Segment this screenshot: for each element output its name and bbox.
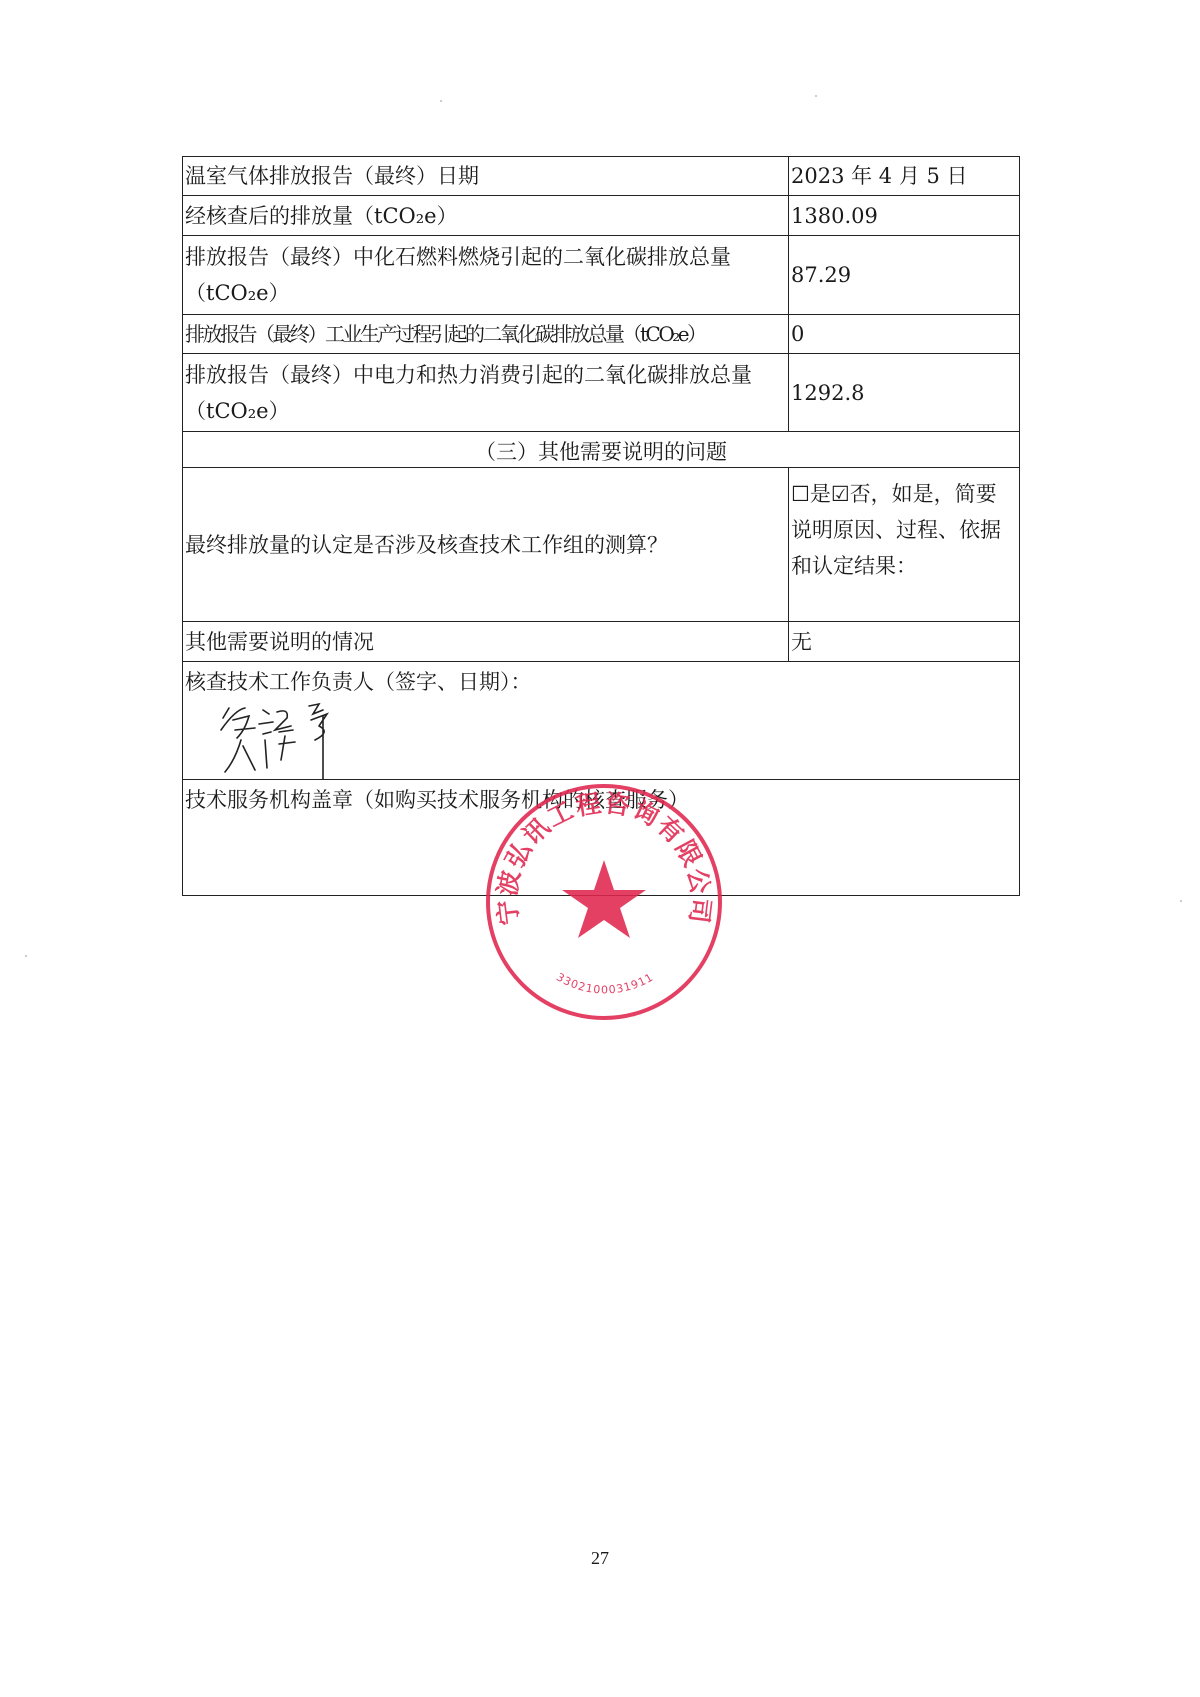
company-seal: 宁波弘讯工程咨询有限公司 3302100031911 xyxy=(484,782,724,1022)
table-row: 温室气体排放报告（最终）日期 2023 年 4 月 5 日 xyxy=(183,157,1019,196)
other-value: 无 xyxy=(789,622,1019,661)
table-row: 最终排放量的认定是否涉及核查技术工作组的测算？ ☐是☑否，如是，简要说明原因、过… xyxy=(183,468,1019,622)
page-number: 27 xyxy=(0,1548,1200,1569)
table-row: 排放报告（最终）中化石燃料燃烧引起的二氧化碳排放总量（tCO₂e） 87.29 xyxy=(183,236,1019,315)
question-label: 最终排放量的认定是否涉及核查技术工作组的测算？ xyxy=(183,468,789,621)
checkbox-yes[interactable]: ☐ xyxy=(791,482,810,506)
row-label: 排放报告（最终）中化石燃料燃烧引起的二氧化碳排放总量（tCO₂e） xyxy=(183,236,789,314)
scan-speck xyxy=(815,95,817,97)
table-row: 排放报告（最终）中电力和热力消费引起的二氧化碳排放总量（tCO₂e） 1292.… xyxy=(183,354,1019,432)
option-yes-label: 是 xyxy=(810,482,831,506)
option-no-label: 否 xyxy=(850,482,871,506)
section-header-row: （三）其他需要说明的问题 xyxy=(183,432,1019,468)
row-label: 排放报告（最终）中电力和热力消费引起的二氧化碳排放总量（tCO₂e） xyxy=(183,354,789,431)
handwritten-signature xyxy=(215,700,365,780)
row-label: 排放报告（最终）工业生产过程引起的二氧化碳排放总量（tCO₂e） xyxy=(183,315,789,353)
table-row: 排放报告（最终）工业生产过程引起的二氧化碳排放总量（tCO₂e） 0 xyxy=(183,315,1019,354)
table-row: 其他需要说明的情况 无 xyxy=(183,622,1019,662)
svg-text:3302100031911: 3302100031911 xyxy=(554,970,656,996)
row-value: 87.29 xyxy=(789,236,1019,314)
row-value: 0 xyxy=(789,315,1019,353)
row-label: 经核查后的排放量（tCO₂e） xyxy=(183,196,789,235)
checkbox-no[interactable]: ☑ xyxy=(831,482,850,506)
other-label: 其他需要说明的情况 xyxy=(183,622,789,661)
answer-cell: ☐是☑否，如是，简要说明原因、过程、依据和认定结果： xyxy=(789,468,1019,621)
scan-speck xyxy=(440,100,442,102)
row-value: 2023 年 4 月 5 日 xyxy=(789,157,1019,195)
row-label: 温室气体排放报告（最终）日期 xyxy=(183,157,789,195)
scan-speck xyxy=(1180,900,1182,902)
table-row: 经核查后的排放量（tCO₂e） 1380.09 xyxy=(183,196,1019,236)
section-title: （三）其他需要说明的问题 xyxy=(183,432,1019,467)
row-value: 1292.8 xyxy=(789,354,1019,431)
row-value: 1380.09 xyxy=(789,196,1019,235)
scan-speck xyxy=(25,955,27,957)
